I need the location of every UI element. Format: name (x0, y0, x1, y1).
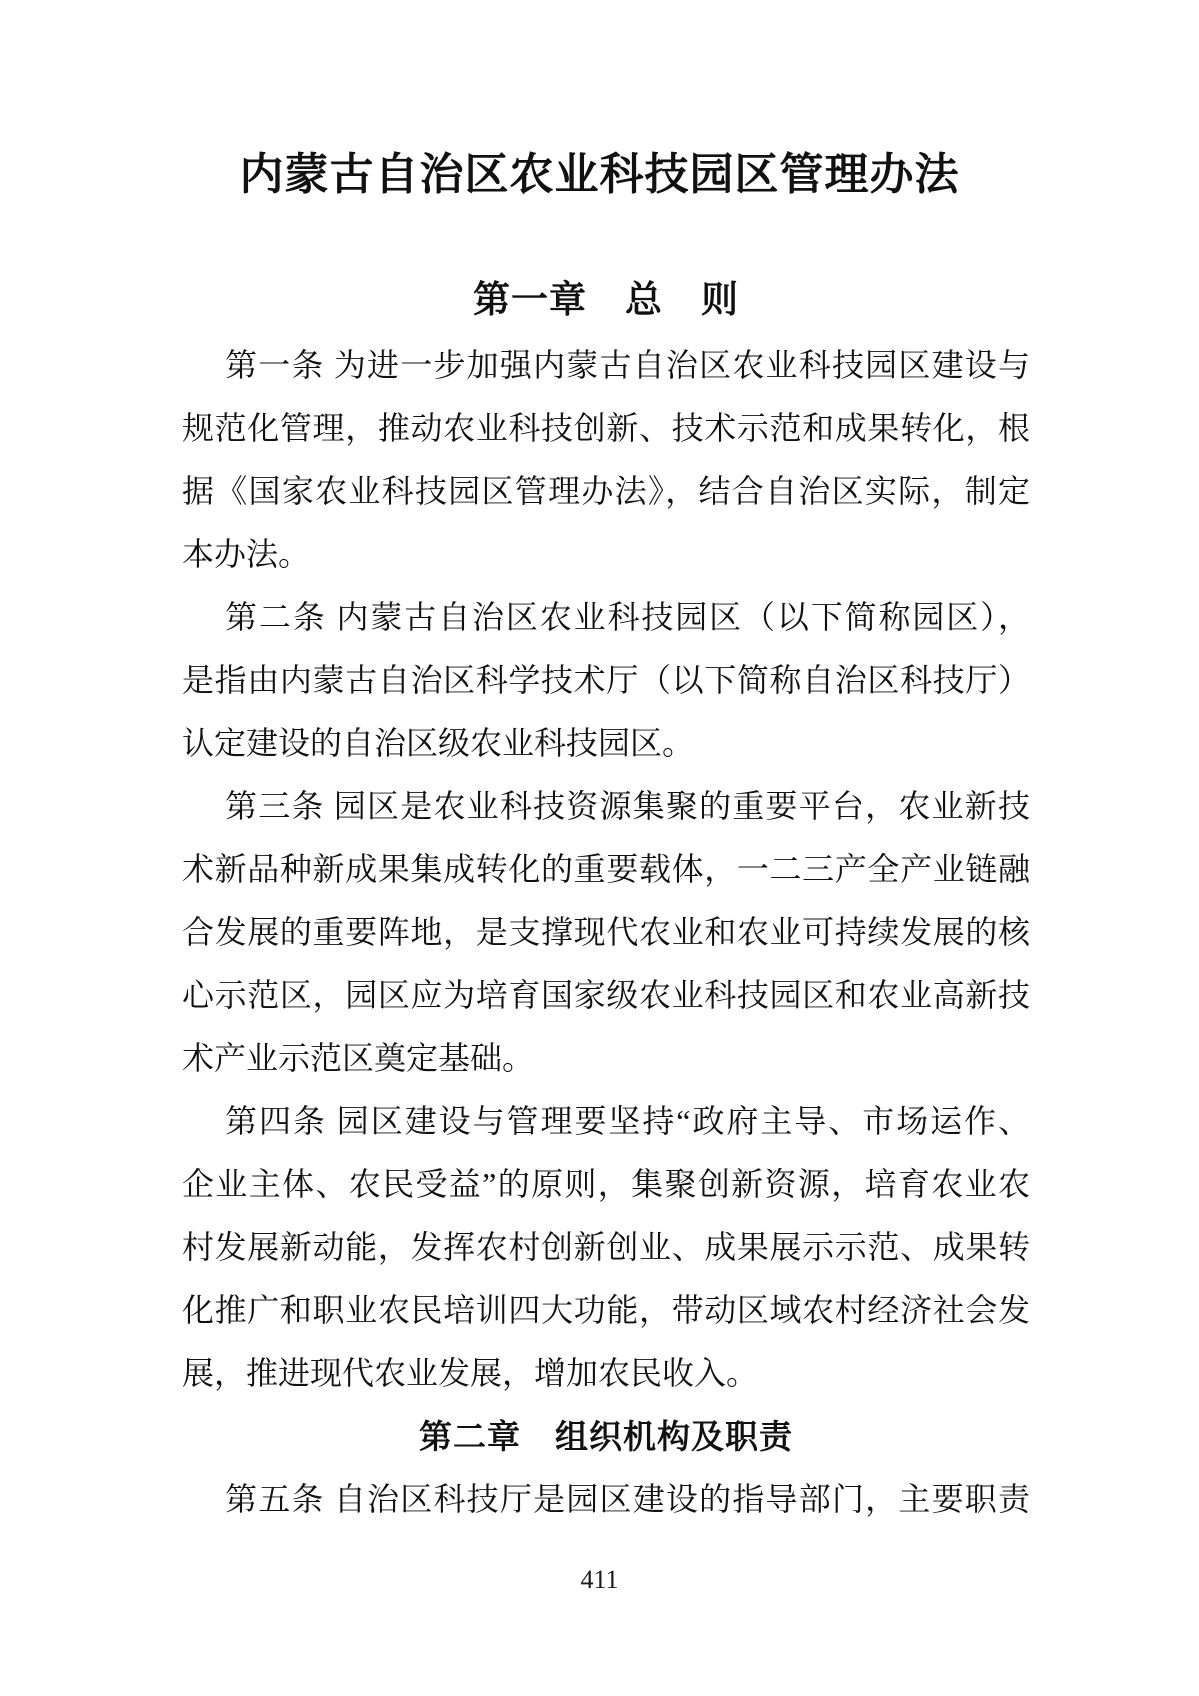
text-line: 第二条 内蒙古自治区农业科技园区（以下简称园区）， (182, 586, 1030, 649)
page: 内蒙古自治区农业科技园区管理办法 第一章 总 则第一条 为进一步加强内蒙古自治区… (0, 0, 1199, 1696)
paragraph: 第二条 内蒙古自治区农业科技园区（以下简称园区），是指由内蒙古自治区科学技术厅（… (182, 586, 1030, 775)
chapter-heading: 第一章 总 则 (182, 270, 1030, 330)
document-title: 内蒙古自治区农业科技园区管理办法 (0, 0, 1199, 204)
text-line: 化推广和职业农民培训四大功能，带动区域农村经济社会发 (182, 1279, 1030, 1342)
page-number: 411 (0, 1564, 1199, 1596)
chapter: 第一章 总 则第一条 为进一步加强内蒙古自治区农业科技园区建设与规范化管理，推动… (182, 270, 1030, 1405)
text-line: 据《国家农业科技园区管理办法》，结合自治区实际，制定 (182, 460, 1030, 523)
chapter-heading: 第二章 组织机构及职责 (182, 1405, 1030, 1468)
paragraph: 第三条 园区是农业科技资源集聚的重要平台，农业新技术新品种新成果集成转化的重要载… (182, 775, 1030, 1090)
chapter: 第二章 组织机构及职责第五条 自治区科技厅是园区建设的指导部门，主要职责 (182, 1405, 1030, 1531)
paragraph: 第四条 园区建设与管理要坚持“政府主导、市场运作、企业主体、农民受益”的原则，集… (182, 1090, 1030, 1405)
document-body: 第一章 总 则第一条 为进一步加强内蒙古自治区农业科技园区建设与规范化管理，推动… (182, 270, 1030, 1531)
text-line: 第五条 自治区科技厅是园区建设的指导部门，主要职责 (182, 1468, 1030, 1531)
text-line: 第一条 为进一步加强内蒙古自治区农业科技园区建设与 (182, 334, 1030, 397)
text-line: 认定建设的自治区级农业科技园区。 (182, 712, 1030, 775)
paragraph: 第一条 为进一步加强内蒙古自治区农业科技园区建设与规范化管理，推动农业科技创新、… (182, 334, 1030, 586)
text-line: 展，推进现代农业发展，增加农民收入。 (182, 1342, 1030, 1405)
text-line: 村发展新动能，发挥农村创新创业、成果展示示范、成果转 (182, 1216, 1030, 1279)
text-line: 本办法。 (182, 523, 1030, 586)
text-line: 是指由内蒙古自治区科学技术厅（以下简称自治区科技厅） (182, 649, 1030, 712)
text-line: 心示范区，园区应为培育国家级农业科技园区和农业高新技 (182, 964, 1030, 1027)
text-line: 企业主体、农民受益”的原则，集聚创新资源，培育农业农 (182, 1153, 1030, 1216)
text-line: 术产业示范区奠定基础。 (182, 1027, 1030, 1090)
text-line: 术新品种新成果集成转化的重要载体，一二三产全产业链融 (182, 838, 1030, 901)
paragraph: 第五条 自治区科技厅是园区建设的指导部门，主要职责 (182, 1468, 1030, 1531)
text-line: 第四条 园区建设与管理要坚持“政府主导、市场运作、 (182, 1090, 1030, 1153)
text-line: 合发展的重要阵地，是支撑现代农业和农业可持续发展的核 (182, 901, 1030, 964)
text-line: 规范化管理，推动农业科技创新、技术示范和成果转化，根 (182, 397, 1030, 460)
text-line: 第三条 园区是农业科技资源集聚的重要平台，农业新技 (182, 775, 1030, 838)
